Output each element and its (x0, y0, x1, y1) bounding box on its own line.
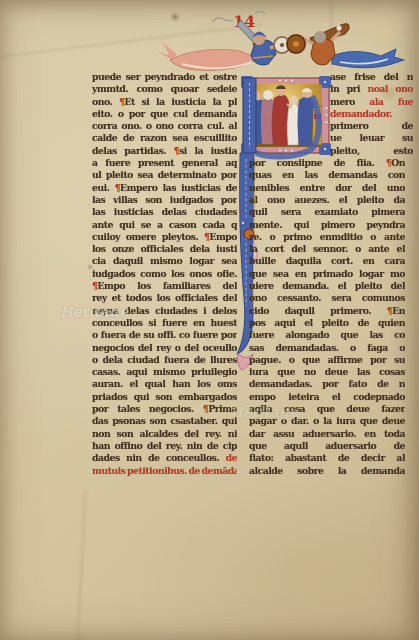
text-line: que aqull aduersario de (249, 441, 405, 453)
text-line: casas. aqui mismo priuilegio (92, 367, 237, 379)
text-segment: corra ono. o ono corra cul. al (92, 121, 237, 132)
text-line: ymmtd. como quoar sedeie (92, 84, 237, 96)
text-line: re. o primo enmditio o ante (249, 232, 405, 244)
text-line: la cort del sennor. o ante el (249, 244, 405, 256)
text-line: ante qui se a cason cada q (92, 220, 237, 232)
text-line: sas demandadas. o faga o (249, 343, 405, 355)
text-line: a fuere present general aq (92, 158, 237, 170)
text-line: pagar o dar. o la iura que deue (249, 416, 405, 428)
text-segment: empo ieteira el codepnado (249, 392, 405, 403)
text-segment: delas partidas. (92, 146, 174, 157)
column-right-short: ase frise del nin pri noal onomero ala f… (330, 72, 413, 158)
right-creature (287, 24, 404, 68)
text-segment: ase frise del n (330, 72, 413, 83)
text-segment: En (392, 306, 405, 317)
text-segment: pos aqui el pleito de quien (249, 318, 405, 329)
text-segment: pague. o que affirme por su (249, 355, 405, 366)
text-segment: aqlla cosa que deue fazer (249, 404, 405, 415)
text-line: ono cessanto. sera comunos (249, 293, 405, 305)
text-segment: las villas son iudgados por (92, 195, 237, 206)
text-line: cido daqull primero. ¶En (249, 306, 405, 318)
text-segment: uenibles entre dor del uno (249, 183, 405, 194)
text-segment: por consiipne de fiia. (249, 158, 386, 169)
text-line: fuere alongado que las co (249, 330, 405, 342)
column-right-full: por consiipne de fiia. ¶Onquas en las de… (249, 158, 405, 478)
text-segment: in pri (330, 84, 367, 95)
text-segment: conceullos si fuere en huest (92, 318, 237, 329)
text-segment: pagar o dar. o la iura que deue (249, 416, 405, 427)
text-line: ul pleito sea determinato por (92, 170, 237, 182)
miniature-scene (246, 84, 326, 156)
text-line: pleito, esto (330, 146, 413, 158)
text-line: que sea en primado logar mo (249, 269, 405, 281)
text-segment: reyna delas ciudades i delos (92, 306, 237, 317)
text-line: eui. ¶Empero las iusticias de (92, 183, 237, 195)
text-segment: On (391, 158, 405, 169)
text-segment: cido daqull primero. (249, 306, 387, 317)
text-segment: cia daquil mismo logar sea (92, 256, 237, 267)
text-segment: ue leuar su (330, 133, 413, 144)
text-segment: non son alcaldes del rey. ni (92, 429, 237, 440)
text-segment: pleito, esto (330, 146, 413, 157)
text-line: priados qui son embargados (92, 392, 237, 404)
text-line: puede ser peyndrado et ostre (92, 72, 237, 84)
text-segment: de (226, 453, 237, 464)
text-segment: demandadas. por fato de n (249, 379, 405, 390)
text-line: uiere demanda. el pleito del (249, 281, 405, 293)
text-line: mero ala fue (330, 97, 413, 109)
text-line: pos aqui el pleito de quien (249, 318, 405, 330)
text-line: por consiipne de fiia. ¶On (249, 158, 405, 170)
text-line: auran. el qual han los oms (92, 379, 237, 391)
initial-letter-stem (243, 78, 256, 153)
text-line: ue leuar su (330, 133, 413, 145)
text-line: las villas son iudgados por (92, 195, 237, 207)
text-segment: rey et todos los officiales del (92, 293, 237, 304)
text-segment: o dela ciudad fuera de llures (92, 355, 237, 366)
left-creature (158, 20, 290, 71)
text-segment: mutuis petitionibus. de demāda (92, 466, 237, 477)
text-line: ¶Empo los familiares del (92, 281, 237, 293)
text-segment: mente. qui pimero peyndra (249, 220, 405, 231)
text-line: los onze officiales dela iusti (92, 244, 237, 256)
text-line: dar assu aduersario. en toda (249, 429, 405, 441)
text-segment: los onze officiales dela iusti (92, 244, 237, 255)
manuscript-page: 14 (0, 0, 419, 640)
text-segment: puede ser peyndrado et ostre (92, 72, 237, 83)
text-segment: que sea en primado logar mo (249, 269, 405, 280)
text-segment: Et si la iusticia la pl (124, 97, 237, 108)
text-segment: calde de razon sea escuillito (92, 133, 237, 144)
text-segment: ala fue (369, 97, 413, 108)
text-segment: dades nin de conceullos. (92, 453, 226, 464)
text-line: in pri noal ono (330, 84, 413, 96)
text-line: o fuera de su offi. co fuere por (92, 330, 237, 342)
text-segment: eito. o por que cul demanda (92, 109, 237, 120)
text-segment: las iusticias delas ciudades (92, 207, 237, 218)
text-segment: ul pleito sea determinato por (92, 170, 237, 181)
text-line: ase frise del n (330, 72, 413, 84)
text-line: corra ono. o ono corra cul. al (92, 121, 237, 133)
text-segment: cuiloy omere pleytos. (92, 232, 204, 243)
text-line: dades nin de conceullos. de (92, 453, 237, 465)
text-segment: casas. aqui mismo priuilegio (92, 367, 237, 378)
text-line: uenibles entre dor del uno (249, 183, 405, 195)
text-segment: primero de (330, 121, 413, 132)
text-segment: priados qui son embargados (92, 392, 237, 403)
text-segment: o fuera de su offi. co fuere por (92, 330, 237, 341)
text-segment: alcalde sobre la demanda (249, 466, 405, 477)
text-segment: a fuere present general aq (92, 158, 237, 169)
text-segment: han offino del rey. nin de cip (92, 441, 237, 452)
text-line: negocios del rey o del oceullo (92, 343, 237, 355)
text-line: mutuis petitionibus. de demāda (92, 466, 237, 478)
text-segment: al ono auezes. el pleito da (249, 195, 405, 206)
text-segment: uiere demanda. el pleito del (249, 281, 405, 292)
text-line: al ono auezes. el pleito da (249, 195, 405, 207)
text-line: delas partidas. ¶si la iustia (92, 146, 237, 158)
text-line: non son alcaldes del rey. ni (92, 429, 237, 441)
text-segment: sas demandadas. o faga o (249, 343, 405, 354)
text-line: calde de razon sea escuillito (92, 133, 237, 145)
text-segment: que aqull aduersario de (249, 441, 405, 452)
column-left: puede ser peyndrado et ostreymmtd. como … (92, 72, 237, 478)
text-segment: si la iustia (179, 146, 237, 157)
text-segment: dar assu aduersario. en toda (249, 429, 405, 440)
text-line: aqlla cosa que deue fazer (249, 404, 405, 416)
text-segment: mero (330, 97, 369, 108)
text-line: pague. o que affirme por su (249, 355, 405, 367)
text-segment: Empero las iusticias de (120, 183, 237, 194)
text-segment: re. o primo enmditio o ante (249, 232, 405, 243)
text-line: las iusticias delas ciudades (92, 207, 237, 219)
text-line: alcalde sobre la demanda (249, 466, 405, 478)
text-line: rey et todos los officiales del (92, 293, 237, 305)
text-line: mente. qui pimero peyndra (249, 220, 405, 232)
text-line: cuiloy omere pleytos. ¶Empo (92, 232, 237, 244)
text-line: reyna delas ciudades i delos (92, 306, 237, 318)
text-line: conceullos si fuere en huest (92, 318, 237, 330)
text-line: iudgados como los onos ofie. (92, 269, 237, 281)
text-line: cia daquil mismo logar sea (92, 256, 237, 268)
text-line: iura que no deue las cosas (249, 367, 405, 379)
text-segment: iudgados como los onos ofie. (92, 269, 237, 280)
text-line: demandadas. por fato de n (249, 379, 405, 391)
text-line: das psonas son csastaber. qui (92, 416, 237, 428)
text-segment: quil sera examiato pimera (249, 207, 405, 218)
text-segment: Prima (208, 404, 237, 415)
text-segment: fuere alongado que las co (249, 330, 405, 341)
text-line: primero de (330, 121, 413, 133)
text-segment: ymmtd. como quoar sedeie (92, 84, 237, 95)
text-line: ono. ¶Et si la iusticia la pl (92, 97, 237, 109)
text-segment: eui. (92, 183, 115, 194)
text-line: buille daquila cort. en cara (249, 256, 405, 268)
text-segment: ono cessanto. sera comunos (249, 293, 405, 304)
text-segment: ono. (92, 97, 119, 108)
text-segment: ante qui se a cason cada q (92, 220, 237, 231)
text-segment: iura que no deue las cosas (249, 367, 405, 378)
text-segment: buille daquila cort. en cara (249, 256, 405, 267)
text-segment: auran. el qual han los oms (92, 379, 237, 390)
text-segment: por tales negocios. (92, 404, 203, 415)
text-line: o dela ciudad fuera de llures (92, 355, 237, 367)
text-segment: Empo (209, 232, 237, 243)
text-line: demandador. (330, 109, 413, 121)
text-line: fiato: abastant de decir al (249, 453, 405, 465)
text-segment: quas en las demandas con (249, 170, 405, 181)
text-line: quas en las demandas con (249, 170, 405, 182)
text-line: han offino del rey. nin de cip (92, 441, 237, 453)
text-segment: fiato: abastant de decir al (249, 453, 405, 464)
text-segment: noal ono (367, 84, 413, 95)
text-line: eito. o por que cul demanda (92, 109, 237, 121)
text-line: empo ieteira el codepnado (249, 392, 405, 404)
text-segment: Empo los familiares del (97, 281, 237, 292)
text-segment: das psonas son csastaber. qui (92, 416, 237, 427)
text-segment: demandador. (330, 109, 392, 120)
text-line: quil sera examiato pimera (249, 207, 405, 219)
text-line: por tales negocios. ¶Prima (92, 404, 237, 416)
text-segment: negocios del rey o del oceullo (92, 343, 237, 354)
text-segment: la cort del sennor. o ante el (249, 244, 405, 255)
folio-mark-group: 14 (212, 12, 266, 31)
parchment-crease (76, 490, 87, 640)
